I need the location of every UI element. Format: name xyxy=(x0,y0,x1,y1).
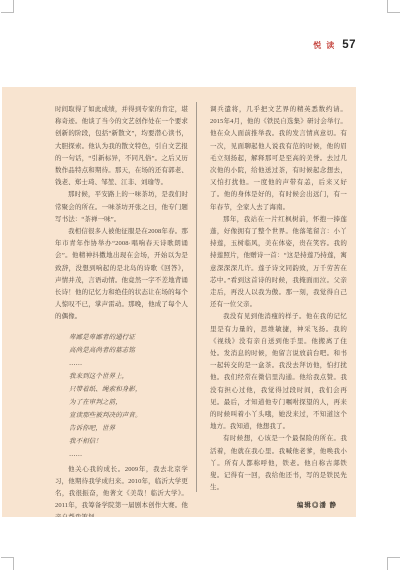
column-divider xyxy=(196,102,197,492)
paragraph: 时间取得了如此成绩，并得到专家的肯定，堪称奇迹。他谈了当今的文艺创作处在一个要求… xyxy=(55,104,188,189)
crop-mark-bottom-right xyxy=(387,557,400,570)
paragraph: 那年，我站在一片红枫树前，怀抱一捧莲蓬，好像拥有了整个世界。他落笔留言：小丫持莲… xyxy=(210,214,347,312)
poem-line: 为了在审判之前， xyxy=(69,396,188,409)
paragraph: 我相信很多人被他征服是在2008年春。那年市青年作协举办“2008·唱响春天诗歌… xyxy=(55,226,188,324)
poem-line: …… xyxy=(69,448,188,461)
crop-mark-bottom-left xyxy=(1,557,14,570)
poem-line: 我来到这个世界上， xyxy=(69,370,188,383)
running-head: 悦读 57 xyxy=(313,39,356,51)
poem-line: 告诉你吧，世界 xyxy=(69,422,188,435)
paragraph: 调兵遣将，几乎把文艺界的精英悉数约请。2015年4月，他的《铁民自选集》研讨会举… xyxy=(210,104,347,214)
paragraph: 有时候想，心该是一个最保险的所在。我活着，他就在我心里。我喊他老爹，他唤我小丫。… xyxy=(210,433,347,494)
quoted-poem: 卑鄙是卑鄙者的通行证 高尚是高尚者的墓志铭 …… 我来到这个世界上， 只带着纸、… xyxy=(55,331,188,461)
poem-line: 只带着纸、绳索和身影， xyxy=(69,383,188,396)
paragraph: 我没有见到他消瘦的样子。他在我的记忆里是有力量的，思维敏捷，神采飞扬。我的《视线… xyxy=(210,311,347,433)
editor-credit: 编辑◎潘 静 xyxy=(210,500,347,512)
crop-mark-top-left xyxy=(1,0,14,13)
page-sheet: 时间取得了如此成绩，并得到专家的肯定，堪称奇迹。他谈了当今的文艺创作处在一个要求… xyxy=(2,87,356,517)
poem-line: 宣读那些被判决的声音。 xyxy=(69,409,188,422)
paragraph: 他关心我的成长。2009年，我去北京学习，他期待我学成归来。2010年，临沂大学… xyxy=(55,464,188,517)
poem-line: 卑鄙是卑鄙者的通行证 xyxy=(69,331,188,344)
column-left: 时间取得了如此成绩，并得到专家的肯定，堪称奇迹。他谈了当今的文艺创作处在一个要求… xyxy=(55,104,188,517)
poem-line: 我不相信！ xyxy=(69,435,188,448)
crop-mark-top-right xyxy=(387,0,400,13)
paragraph: 那时候，平安路上的一味茶坊，是我们时常聚会的所在。一味茶坊开张之日，他专门题写书… xyxy=(55,189,188,226)
section-label: 悦读 xyxy=(313,40,339,51)
page-number: 57 xyxy=(342,39,356,51)
poem-line: …… xyxy=(69,357,188,370)
poem-line: 高尚是高尚者的墓志铭 xyxy=(69,344,188,357)
column-right: 调兵遣将，几乎把文艺界的精英悉数约请。2015年4月，他的《铁民自选集》研讨会举… xyxy=(210,104,347,512)
